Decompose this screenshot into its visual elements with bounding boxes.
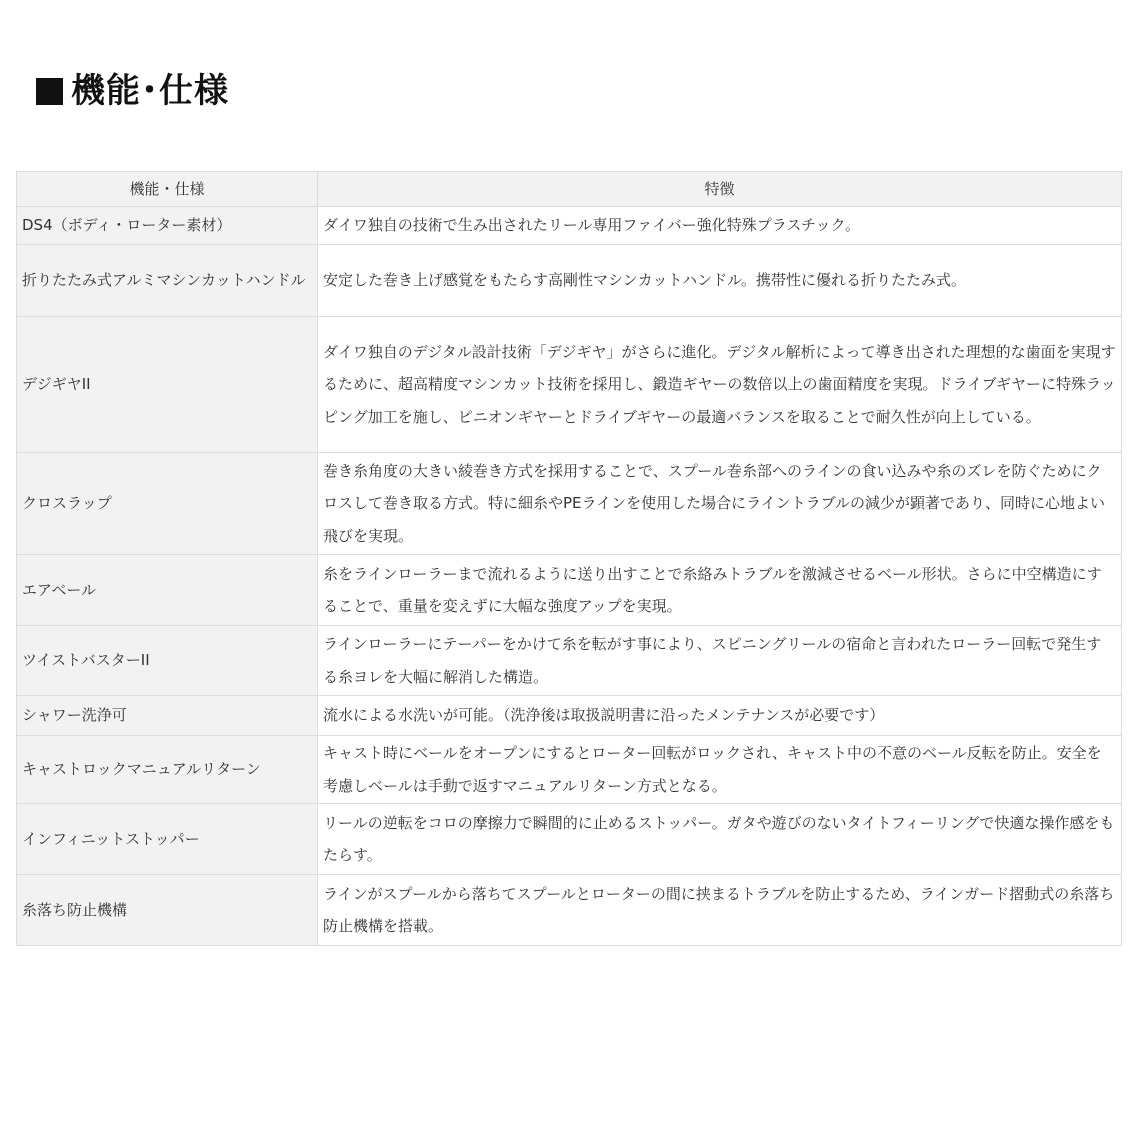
feature-name: エアベール — [17, 555, 318, 626]
table-row: DS4（ボディ・ローター素材） ダイワ独自の技術で生み出されたリール専用ファイバ… — [17, 207, 1122, 245]
feature-description: ダイワ独自のデジタル設計技術「デジギヤ」がさらに進化。デジタル解析によって導き出… — [318, 317, 1122, 453]
table-row: インフィニットストッパー リールの逆転をコロの摩擦力で瞬間的に止めるストッパー。… — [17, 804, 1122, 875]
feature-description: 流水による水洗いが可能。（洗浄後は取扱説明書に沿ったメンテナンスが必要です） — [318, 696, 1122, 736]
table-row: クロスラップ 巻き糸角度の大きい綾巻き方式を採用することで、スプール巻糸部へのラ… — [17, 453, 1122, 555]
table-row: エアベール 糸をラインローラーまで流れるように送り出すことで糸絡みトラブルを激減… — [17, 555, 1122, 626]
table-row: デジギヤII ダイワ独自のデジタル設計技術「デジギヤ」がさらに進化。デジタル解析… — [17, 317, 1122, 453]
feature-name: キャストロックマニュアルリターン — [17, 736, 318, 804]
page-title-text: 機能･仕様 — [71, 68, 229, 114]
feature-description: ダイワ独自の技術で生み出されたリール専用ファイバー強化特殊プラスチック。 — [318, 207, 1122, 245]
table-row: 糸落ち防止機構 ラインがスプールから落ちてスプールとローターの間に挟まるトラブル… — [17, 875, 1122, 946]
table-row: シャワー洗浄可 流水による水洗いが可能。（洗浄後は取扱説明書に沿ったメンテナンス… — [17, 696, 1122, 736]
feature-description: 巻き糸角度の大きい綾巻き方式を採用することで、スプール巻糸部へのラインの食い込み… — [318, 453, 1122, 555]
feature-name: 折りたたみ式アルミマシンカットハンドル — [17, 245, 318, 317]
table-row: 折りたたみ式アルミマシンカットハンドル 安定した巻き上げ感覚をもたらす高剛性マシ… — [17, 245, 1122, 317]
table-row: ツイストバスターII ラインローラーにテーパーをかけて糸を転がす事により、スピニ… — [17, 626, 1122, 696]
feature-name: DS4（ボディ・ローター素材） — [17, 207, 318, 245]
feature-name: 糸落ち防止機構 — [17, 875, 318, 946]
feature-description: ラインがスプールから落ちてスプールとローターの間に挟まるトラブルを防止するため、… — [318, 875, 1122, 946]
header-description: 特徴 — [318, 172, 1122, 207]
feature-name: ツイストバスターII — [17, 626, 318, 696]
feature-name: クロスラップ — [17, 453, 318, 555]
feature-description: 安定した巻き上げ感覚をもたらす高剛性マシンカットハンドル。携帯性に優れる折りたた… — [318, 245, 1122, 317]
feature-description: ラインローラーにテーパーをかけて糸を転がす事により、スピニングリールの宿命と言わ… — [318, 626, 1122, 696]
table-row: キャストロックマニュアルリターン キャスト時にベールをオープンにするとローター回… — [17, 736, 1122, 804]
page-title: 機能･仕様 — [36, 68, 229, 114]
feature-description: キャスト時にベールをオープンにするとローター回転がロックされ、キャスト中の不意の… — [318, 736, 1122, 804]
feature-name: デジギヤII — [17, 317, 318, 453]
spec-table: 機能・仕様 特徴 DS4（ボディ・ローター素材） ダイワ独自の技術で生み出された… — [16, 171, 1122, 946]
feature-name: シャワー洗浄可 — [17, 696, 318, 736]
square-bullet-icon — [36, 78, 63, 105]
feature-name: インフィニットストッパー — [17, 804, 318, 875]
table-header-row: 機能・仕様 特徴 — [17, 172, 1122, 207]
feature-description: リールの逆転をコロの摩擦力で瞬間的に止めるストッパー。ガタや遊びのないタイトフィ… — [318, 804, 1122, 875]
feature-description: 糸をラインローラーまで流れるように送り出すことで糸絡みトラブルを激減させるベール… — [318, 555, 1122, 626]
header-feature: 機能・仕様 — [17, 172, 318, 207]
